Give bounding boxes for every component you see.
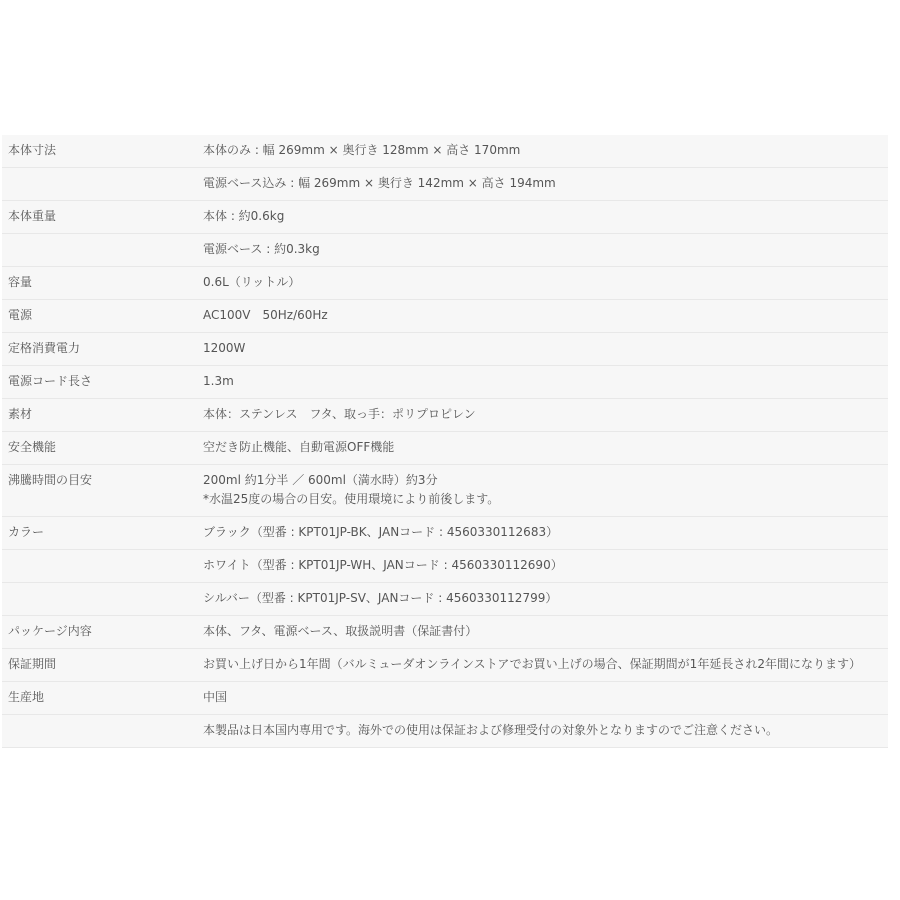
spec-value: 1200W [203, 333, 888, 366]
spec-row-package: パッケージ内容 本体、フタ、電源ベース、取扱説明書（保証書付） [2, 616, 888, 649]
spec-value: シルバー（型番 : KPT01JP-SV、JANコード : 4560330112… [203, 583, 888, 616]
spec-value: 本体 : 約0.6kg [203, 201, 888, 234]
spec-label: 電源コード長さ [2, 366, 203, 399]
spec-value: 電源ベース込み : 幅 269mm × 奥行き 142mm × 高さ 194mm [203, 168, 888, 201]
spec-row-domestic-notice: 本製品は日本国内専用です。海外での使用は保証および修理受付の対象外となりますので… [2, 715, 888, 748]
spec-row-dimensions: 本体寸法 本体のみ : 幅 269mm × 奥行き 128mm × 高さ 170… [2, 135, 888, 168]
spec-row-color-black: カラー ブラック（型番 : KPT01JP-BK、JANコード : 456033… [2, 517, 888, 550]
spec-row-power-supply: 電源 AC100V 50Hz/60Hz [2, 300, 888, 333]
spec-value: AC100V 50Hz/60Hz [203, 300, 888, 333]
product-spec-table: 本体寸法 本体のみ : 幅 269mm × 奥行き 128mm × 高さ 170… [2, 135, 888, 748]
boil-time-note: *水温25度の場合の目安。使用環境により前後します。 [203, 490, 880, 509]
spec-value: 0.6L（リットル） [203, 267, 888, 300]
spec-row-material: 素材 本体：ステンレス フタ、取っ手：ポリプロピレン [2, 399, 888, 432]
spec-row-origin: 生産地 中国 [2, 682, 888, 715]
spec-label: カラー [2, 517, 203, 550]
spec-row-color-silver: シルバー（型番 : KPT01JP-SV、JANコード : 4560330112… [2, 583, 888, 616]
spec-label: パッケージ内容 [2, 616, 203, 649]
spec-value: 本体、フタ、電源ベース、取扱説明書（保証書付） [203, 616, 888, 649]
spec-row-capacity: 容量 0.6L（リットル） [2, 267, 888, 300]
spec-label: 容量 [2, 267, 203, 300]
spec-label [2, 715, 203, 748]
spec-row-dimensions-with-base: 電源ベース込み : 幅 269mm × 奥行き 142mm × 高さ 194mm [2, 168, 888, 201]
spec-row-boil-time: 沸騰時間の目安 200ml 約1分半 ／ 600ml（満水時）約3分 *水温25… [2, 465, 888, 517]
spec-value: 本体のみ : 幅 269mm × 奥行き 128mm × 高さ 170mm [203, 135, 888, 168]
spec-label [2, 550, 203, 583]
spec-row-weight-base: 電源ベース : 約0.3kg [2, 234, 888, 267]
spec-value: ホワイト（型番 : KPT01JP-WH、JANコード : 4560330112… [203, 550, 888, 583]
spec-row-weight: 本体重量 本体 : 約0.6kg [2, 201, 888, 234]
spec-label: 本体寸法 [2, 135, 203, 168]
spec-value: 空だき防止機能、自動電源OFF機能 [203, 432, 888, 465]
spec-row-safety: 安全機能 空だき防止機能、自動電源OFF機能 [2, 432, 888, 465]
spec-value: 本体：ステンレス フタ、取っ手：ポリプロピレン [203, 399, 888, 432]
boil-time-value: 200ml 約1分半 ／ 600ml（満水時）約3分 [203, 471, 880, 490]
spec-value: お買い上げ日から1年間（バルミューダオンラインストアでお買い上げの場合、保証期間… [203, 649, 888, 682]
spec-label: 保証期間 [2, 649, 203, 682]
spec-label: 安全機能 [2, 432, 203, 465]
spec-row-rated-power: 定格消費電力 1200W [2, 333, 888, 366]
spec-label [2, 583, 203, 616]
spec-label: 生産地 [2, 682, 203, 715]
spec-row-cord-length: 電源コード長さ 1.3m [2, 366, 888, 399]
spec-label: 本体重量 [2, 201, 203, 234]
spec-value: ブラック（型番 : KPT01JP-BK、JANコード : 4560330112… [203, 517, 888, 550]
spec-label [2, 234, 203, 267]
spec-label: 電源 [2, 300, 203, 333]
spec-row-warranty: 保証期間 お買い上げ日から1年間（バルミューダオンラインストアでお買い上げの場合… [2, 649, 888, 682]
spec-value: 本製品は日本国内専用です。海外での使用は保証および修理受付の対象外となりますので… [203, 715, 888, 748]
spec-row-color-white: ホワイト（型番 : KPT01JP-WH、JANコード : 4560330112… [2, 550, 888, 583]
spec-label [2, 168, 203, 201]
spec-label: 素材 [2, 399, 203, 432]
spec-value: 電源ベース : 約0.3kg [203, 234, 888, 267]
spec-label: 定格消費電力 [2, 333, 203, 366]
spec-value: 中国 [203, 682, 888, 715]
spec-value: 1.3m [203, 366, 888, 399]
spec-value: 200ml 約1分半 ／ 600ml（満水時）約3分 *水温25度の場合の目安。… [203, 465, 888, 517]
spec-label: 沸騰時間の目安 [2, 465, 203, 517]
